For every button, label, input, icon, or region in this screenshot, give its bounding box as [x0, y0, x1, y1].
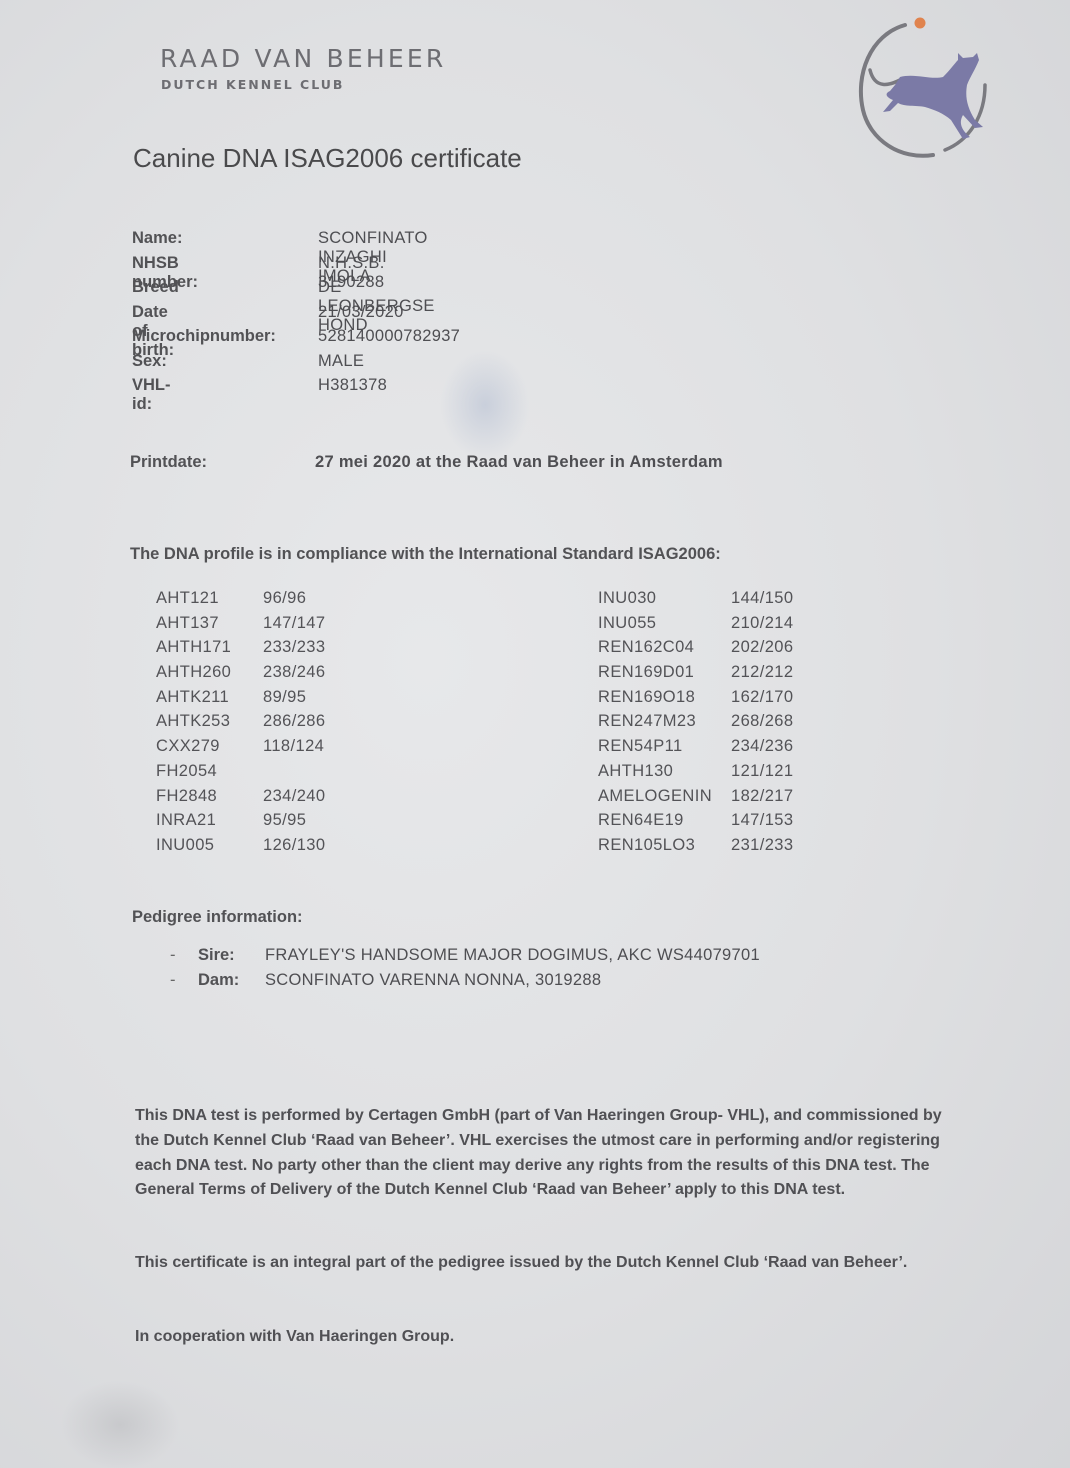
brand-title: RAAD VAN BEHEER [160, 44, 446, 73]
leaping-dog-logo-icon [855, 15, 995, 165]
marker-alleles: 286/286 [263, 712, 325, 731]
pedigree-title: Pedigree information: [132, 908, 303, 927]
marker-name: REN64E19 [598, 811, 684, 830]
marker-name: INRA21 [156, 811, 216, 830]
pedigree-label: Dam: [198, 971, 239, 990]
marker-alleles: 231/233 [731, 836, 793, 855]
marker-alleles: 210/214 [731, 614, 793, 633]
info-label: Sex: [132, 352, 167, 371]
marker-alleles: 147/147 [263, 614, 325, 633]
marker-alleles: 144/150 [731, 589, 793, 608]
marker-name: AHT121 [156, 589, 219, 608]
marker-name: AHTK211 [156, 688, 229, 707]
marker-alleles: 238/246 [263, 663, 325, 682]
info-label: Breed [132, 278, 179, 297]
marker-name: AMELOGENIN [598, 787, 712, 806]
marker-name: REN169D01 [598, 663, 694, 682]
info-value: 21/03/2020 [318, 303, 404, 322]
document-title: Canine DNA ISAG2006 certificate [133, 143, 522, 174]
info-value: 528140000782937 [318, 327, 460, 346]
pedigree-value: SCONFINATO VARENNA NONNA, 3019288 [265, 971, 601, 990]
marker-alleles: 147/153 [731, 811, 793, 830]
pedigree-value: FRAYLEY'S HANDSOME MAJOR DOGIMUS, AKC WS… [265, 946, 760, 965]
bullet-dash: - [170, 946, 176, 965]
marker-name: CXX279 [156, 737, 220, 756]
marker-name: AHTH171 [156, 638, 231, 657]
marker-alleles: 202/206 [731, 638, 793, 657]
marker-name: INU005 [156, 836, 214, 855]
marker-name: REN105LO3 [598, 836, 695, 855]
marker-alleles: 118/124 [263, 737, 324, 756]
brand-subtitle: DUTCH KENNEL CLUB [161, 77, 344, 92]
disclaimer-paragraph: This DNA test is performed by Certagen G… [135, 1104, 965, 1203]
marker-alleles: 95/95 [263, 811, 306, 830]
cooperation-paragraph: In cooperation with Van Haeringen Group. [135, 1325, 965, 1350]
marker-alleles: 96/96 [263, 589, 306, 608]
marker-name: REN162C04 [598, 638, 694, 657]
marker-name: FH2054 [156, 762, 217, 781]
marker-alleles: 89/95 [263, 688, 306, 707]
marker-name: AHTH260 [156, 663, 231, 682]
bullet-dash: - [170, 971, 176, 990]
integral-part-paragraph: This certificate is an integral part of … [135, 1251, 965, 1276]
marker-name: REN247M23 [598, 712, 696, 731]
info-label: Microchipnumber: [132, 327, 276, 346]
marker-name: FH2848 [156, 787, 217, 806]
marker-alleles: 234/236 [731, 737, 793, 756]
marker-name: AHTK253 [156, 712, 230, 731]
marker-name: AHT137 [156, 614, 219, 633]
certificate-page: RAAD VAN BEHEER DUTCH KENNEL CLUB Canine… [0, 0, 1070, 1468]
marker-alleles: 182/217 [731, 787, 793, 806]
marker-name: INU055 [598, 614, 656, 633]
stain [440, 350, 530, 460]
shadow [60, 1380, 180, 1468]
info-value: H381378 [318, 376, 387, 395]
marker-name: AHTH130 [598, 762, 673, 781]
printdate-value: 27 mei 2020 at the Raad van Beheer in Am… [315, 453, 723, 472]
marker-alleles: 268/268 [731, 712, 793, 731]
marker-alleles: 162/170 [731, 688, 793, 707]
info-label: VHL-id: [132, 376, 171, 414]
marker-name: REN169O18 [598, 688, 695, 707]
marker-name: REN54P11 [598, 737, 683, 756]
marker-alleles: 121/121 [731, 762, 793, 781]
info-value: MALE [318, 352, 364, 371]
marker-alleles: 233/233 [263, 638, 325, 657]
pedigree-label: Sire: [198, 946, 235, 965]
marker-alleles: 212/212 [731, 663, 793, 682]
printdate-label: Printdate: [130, 453, 207, 472]
marker-alleles: 234/240 [263, 787, 325, 806]
marker-alleles: 126/130 [263, 836, 325, 855]
info-label: Name: [132, 229, 182, 248]
compliance-statement: The DNA profile is in compliance with th… [130, 545, 721, 564]
marker-name: INU030 [598, 589, 656, 608]
